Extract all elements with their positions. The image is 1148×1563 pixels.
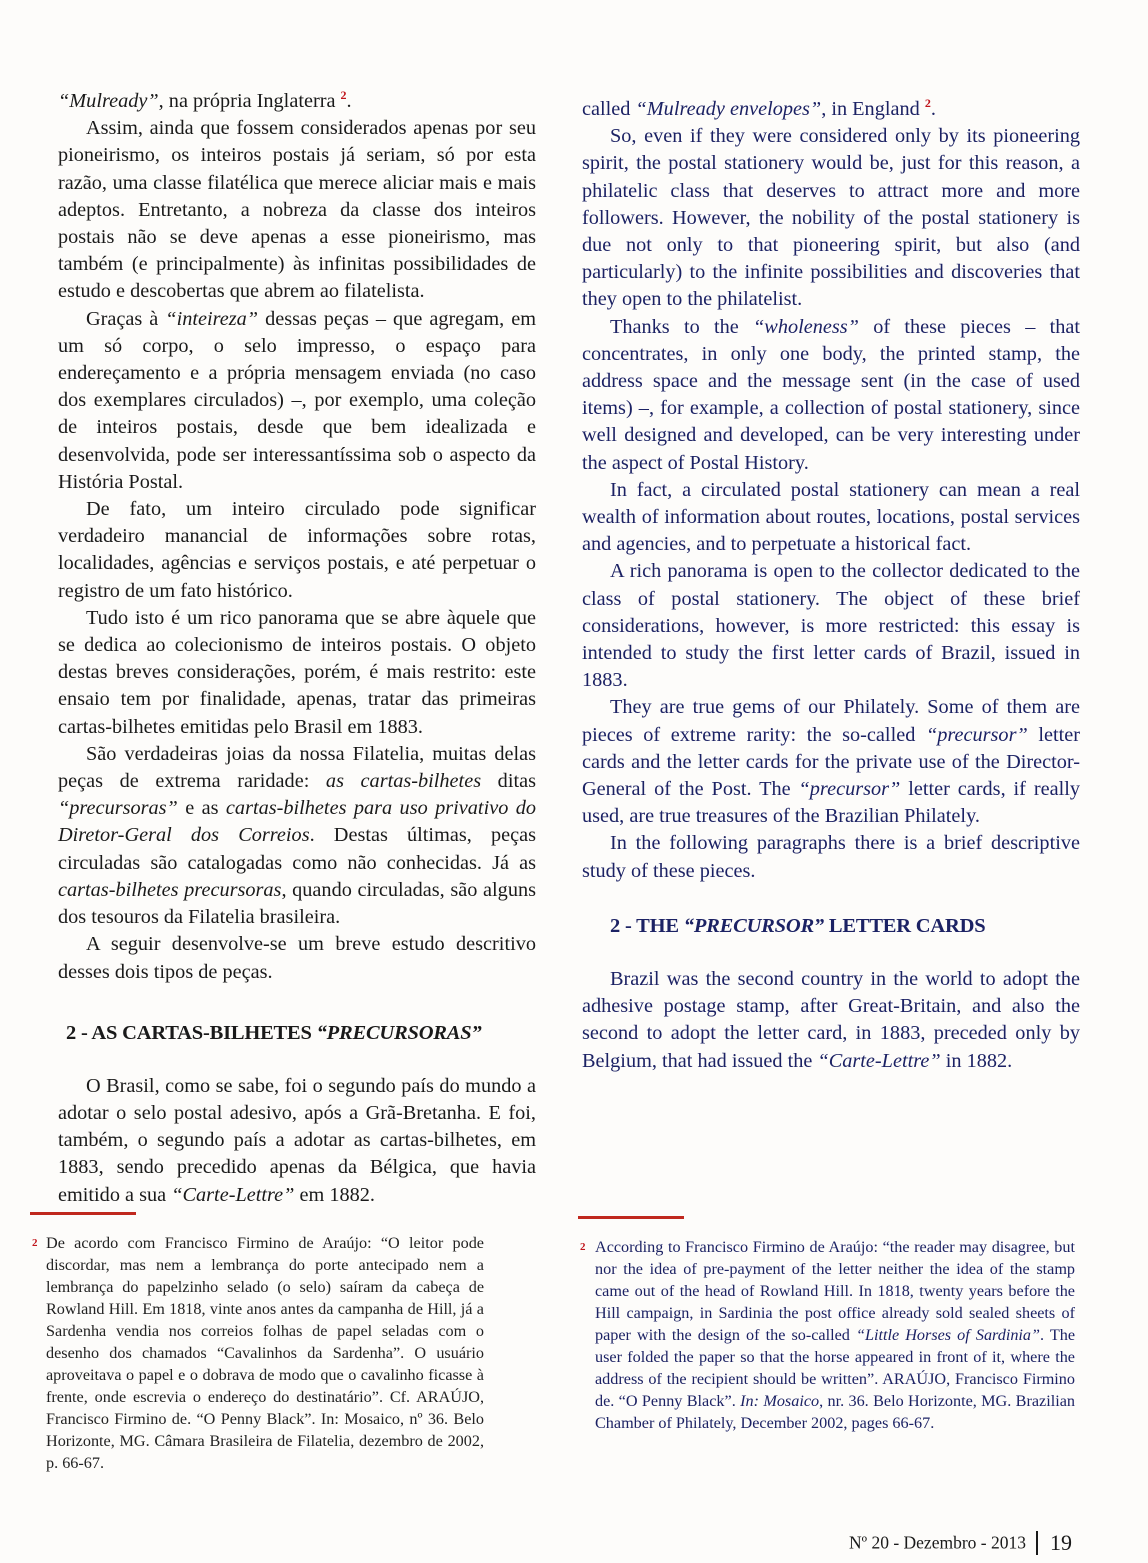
paragraph: Tudo isto é um rico panorama que se abre… [58,605,536,741]
italic-term: “precursor” [799,778,901,800]
footnote-divider [578,1216,684,1219]
italic-term: “Carte-Lettre” [171,1184,294,1206]
issue-label: Nº 20 - Dezembro - 2013 [849,1533,1026,1553]
italic-term: In: Mosaico [740,1392,819,1410]
text: . [931,98,936,120]
heading-italic: “PRECURSOR” [684,915,824,937]
paragraph: Assim, ainda que fossem considerados ape… [58,115,536,305]
italic-term: “precursor” [926,724,1028,746]
text: , in England [821,98,925,120]
paragraph: So, even if they were considered only by… [582,123,1080,313]
italic-term: “Mulready” [58,90,159,112]
text: dessas peças – que agregam, em um só cor… [58,308,536,493]
italic-term: “Carte-Lettre” [817,1050,940,1072]
paragraph: They are true gems of our Philately. Som… [582,694,1080,830]
section-heading: 2 - THE “PRECURSOR” LETTER CARDS [582,915,1080,938]
italic-term: “precursoras” [58,797,178,819]
text: in 1882. [941,1050,1013,1072]
paragraph: A rich panorama is open to the collector… [582,558,1080,694]
paragraph: De fato, um inteiro circulado pode signi… [58,496,536,605]
footnote-english: 2 According to Francisco Firmino de Araú… [595,1236,1075,1434]
text: Thanks to the [610,316,753,338]
italic-term: “Mulready envelopes” [636,98,822,120]
page-footer: Nº 20 - Dezembro - 201319 [849,1530,1072,1556]
text: called [582,98,636,120]
section-heading: 2 - AS CARTAS-BILHETES “PRECURSORAS” [58,1022,536,1045]
heading-text: 2 - THE [610,915,684,937]
page-number: 19 [1050,1530,1072,1555]
italic-term: cartas-bilhetes precursoras [58,879,281,901]
text: , na própria Inglaterra [159,90,341,112]
paragraph: O Brasil, como se sabe, foi o segundo pa… [58,1073,536,1209]
paragraph: called “Mulready envelopes”, in England … [582,96,1080,123]
text: of these pieces – that concentrates, in … [582,316,1080,474]
footnote-number: 2 [580,1236,586,1258]
text: . [347,90,352,112]
paragraph: Graças à “inteireza” dessas peças – que … [58,306,536,496]
heading-text: LETTER CARDS [824,915,985,937]
footnote-text: De acordo com Francisco Firmino de Araúj… [46,1232,484,1474]
footnote-portuguese: 2 De acordo com Francisco Firmino de Ara… [46,1232,484,1474]
text: e as [178,797,226,819]
paragraph: Brazil was the second country in the wor… [582,966,1080,1075]
paragraph: “Mulready”, na própria Inglaterra 2. [58,88,536,115]
paragraph: Thanks to the “wholeness” of these piece… [582,314,1080,477]
footnote-text: According to Francisco Firmino de Araújo… [595,1236,1075,1434]
footnote-number: 2 [32,1232,38,1254]
paragraph: A seguir desenvolve-se um breve estudo d… [58,931,536,985]
paragraph: In the following paragraphs there is a b… [582,830,1080,884]
italic-term: “wholeness” [753,316,859,338]
italic-term: “Little Horses of Sardinia” [856,1326,1040,1344]
heading-text: 2 - AS CARTAS-BILHETES [66,1022,317,1044]
footnote-divider [30,1212,136,1215]
paragraph: São verdadeiras joias da nossa Filatelia… [58,741,536,931]
footer-divider [1036,1531,1038,1555]
text: ditas [481,770,536,792]
text: em 1882. [294,1184,375,1206]
portuguese-column: “Mulready”, na própria Inglaterra 2. Ass… [58,88,536,1209]
text: Graças à [86,308,165,330]
heading-italic: “PRECURSORAS” [317,1022,482,1044]
paragraph: In fact, a circulated postal stationery … [582,477,1080,559]
english-column: called “Mulready envelopes”, in England … [582,96,1080,1075]
italic-term: “inteireza” [165,308,258,330]
italic-term: as cartas-bilhetes [326,770,481,792]
